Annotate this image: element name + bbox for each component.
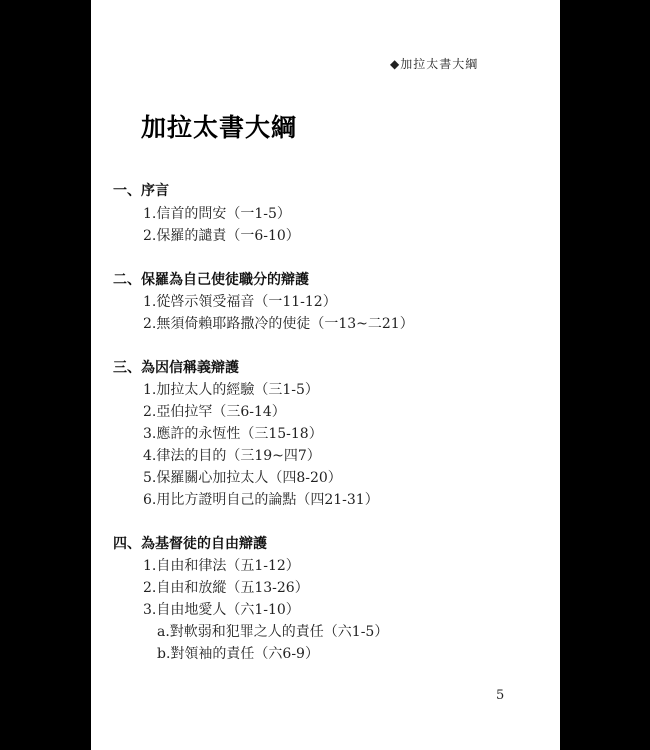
page-number: 5 bbox=[496, 688, 504, 703]
outline-subitem: a.對軟弱和犯罪之人的責任（六1-5） bbox=[157, 621, 388, 641]
outline-item: 1.信首的問安（一1-5） bbox=[143, 203, 291, 223]
outline-item: 2.無須倚賴耶路撒冷的使徒（一13~二21） bbox=[143, 313, 414, 333]
section-heading-2: 二、保羅為自己使徒職分的辯護 bbox=[113, 269, 309, 289]
outline-item: 3.自由地愛人（六1-10） bbox=[143, 599, 300, 619]
outline-item: 2.亞伯拉罕（三6-14） bbox=[143, 401, 286, 421]
running-head: ◆加拉太書大綱 bbox=[390, 55, 478, 72]
outline-item: 1.從啓示領受福音（一11-12） bbox=[143, 291, 337, 311]
page-title: 加拉太書大綱 bbox=[141, 108, 297, 144]
section-heading-1: 一、序言 bbox=[113, 180, 169, 200]
outline-item: 5.保羅關心加拉太人（四8-20） bbox=[143, 467, 342, 487]
outline-item: 2.保羅的譴責（一6-10） bbox=[143, 225, 300, 245]
outline-item: 4.律法的目的（三19~四7） bbox=[143, 445, 321, 465]
outline-item: 6.用比方證明自己的論點（四21-31） bbox=[143, 489, 379, 509]
section-heading-4: 四、為基督徒的自由辯護 bbox=[113, 533, 267, 553]
outline-item: 2.自由和放縱（五13-26） bbox=[143, 577, 309, 597]
section-heading-3: 三、為因信稱義辯護 bbox=[113, 357, 239, 377]
outline-item: 1.自由和律法（五1-12） bbox=[143, 555, 300, 575]
outline-item: 1.加拉太人的經驗（三1-5） bbox=[143, 379, 319, 399]
outline-subitem: b.對領袖的責任（六6-9） bbox=[157, 643, 319, 663]
outline-item: 3.應許的永恆性（三15-18） bbox=[143, 423, 323, 443]
